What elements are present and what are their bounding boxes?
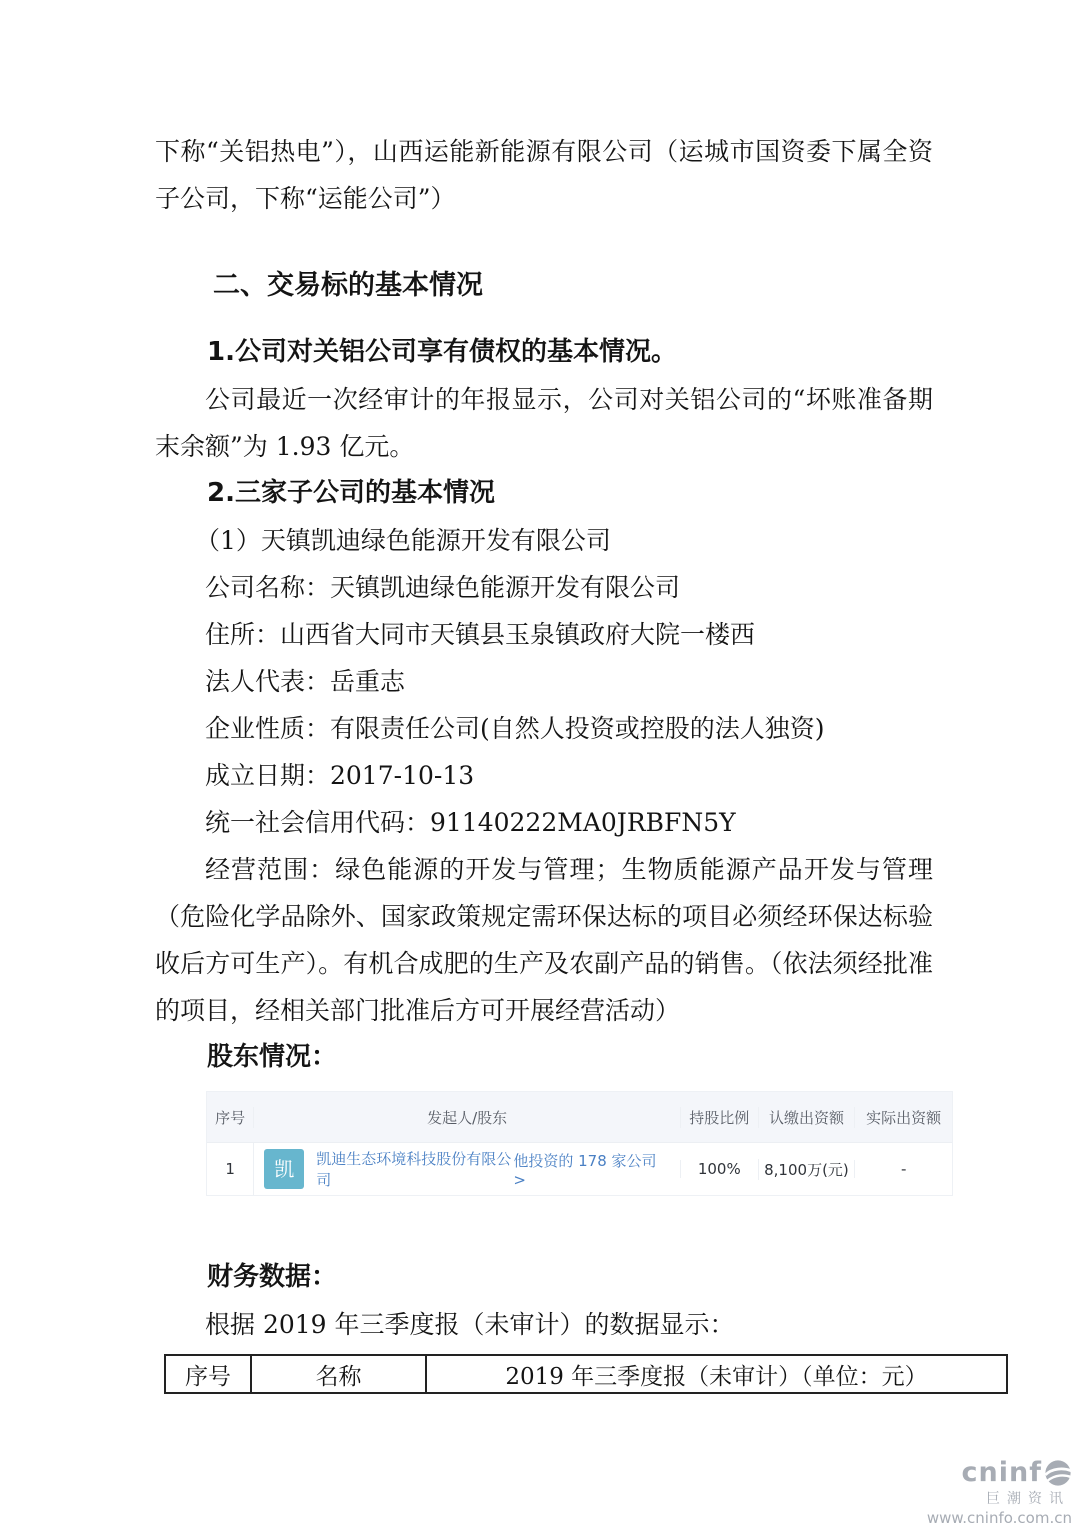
shareholder-table-row: 1 凯 凯迪生态环境科技股份有限公司 他投资的 178 家公司 > 100% 8…: [207, 1142, 952, 1195]
shareholders-heading: 股东情况：: [155, 1034, 933, 1081]
subsection-1-heading: 1.公司对关铝公司享有债权的基本情况。: [155, 329, 933, 376]
shareholder-table-header: 序号 发起人/股东 持股比例 认缴出资额 实际出资额: [207, 1092, 952, 1142]
header-founder: 发起人/股东: [253, 1107, 680, 1128]
kaidi-logo-icon: 凯: [264, 1149, 304, 1189]
detail-legal-representative: 法人代表：岳重志: [155, 658, 933, 705]
finance-table-header-row: 序号 名称 2019 年三季度报（未审计）（单位：元）: [165, 1355, 1007, 1393]
invested-companies-link[interactable]: 他投资的 178 家公司 >: [513, 1150, 670, 1189]
detail-company-name: 公司名称：天镇凯迪绿色能源开发有限公司: [155, 564, 933, 611]
finance-table: 序号 名称 2019 年三季度报（未审计）（单位：元）: [164, 1354, 1008, 1394]
section-heading: 二、交易标的基本情况: [155, 262, 933, 309]
subsection-1-paragraph: 公司最近一次经审计的年报显示，公司对关铝公司的“坏账准备期末余额”为 1.93 …: [155, 376, 933, 470]
cell-ratio: 100%: [680, 1160, 757, 1178]
finance-header-report: 2019 年三季度报（未审计）（单位：元）: [426, 1355, 1007, 1393]
cell-index: 1: [207, 1160, 253, 1178]
header-index: 序号: [207, 1107, 253, 1128]
subsection-2-heading: 2.三家子公司的基本情况: [155, 470, 933, 517]
cninfo-chinese-name: 巨潮资讯: [927, 1488, 1070, 1508]
cninfo-watermark: cninf 巨潮资讯 www.cninfo.com.cn: [927, 1459, 1072, 1527]
detail-enterprise-type: 企业性质：有限责任公司(自然人投资或控股的法人独资): [155, 705, 933, 752]
finance-header-name: 名称: [251, 1355, 426, 1393]
finance-intro: 根据 2019 年三季度报（未审计）的数据显示：: [155, 1301, 933, 1348]
cninfo-brand-row: cninf: [927, 1459, 1072, 1487]
document-content: 下称“关铝热电”），山西运能新能源有限公司（运城市国资委下属全资子公司，下称“运…: [155, 128, 933, 1394]
detail-address: 住所：山西省大同市天镇县玉泉镇政府大院一楼西: [155, 611, 933, 658]
cninfo-swirl-icon: [1044, 1459, 1072, 1487]
document-page: 下称“关铝热电”），山西运能新能源有限公司（运城市国资委下属全资子公司，下称“运…: [0, 0, 1080, 1527]
shareholder-table: 序号 发起人/股东 持股比例 认缴出资额 实际出资额 1 凯 凯迪生态环境科技股…: [206, 1091, 953, 1196]
detail-credit-code: 统一社会信用代码：91140222MA0JRBFN5Y: [155, 799, 933, 846]
company-link[interactable]: 凯迪生态环境科技股份有限公司: [316, 1148, 513, 1190]
cell-subscribed: 8,100万(元): [758, 1159, 855, 1180]
finance-heading: 财务数据：: [155, 1254, 933, 1301]
finance-header-index: 序号: [165, 1355, 251, 1393]
cell-paid: -: [854, 1160, 952, 1178]
business-scope-paragraph: 经营范围：绿色能源的开发与管理；生物质能源产品开发与管理（危险化学品除外、国家政…: [155, 846, 933, 1034]
cninfo-brand-text: cninf: [962, 1459, 1042, 1487]
header-paid: 实际出资额: [854, 1107, 952, 1128]
intro-paragraph: 下称“关铝热电”），山西运能新能源有限公司（运城市国资委下属全资子公司，下称“运…: [155, 128, 933, 222]
cell-founder: 凯 凯迪生态环境科技股份有限公司 他投资的 178 家公司 >: [253, 1143, 680, 1195]
header-ratio: 持股比例: [680, 1107, 757, 1128]
item-1-heading: （1）天镇凯迪绿色能源开发有限公司: [155, 517, 933, 564]
cninfo-url: www.cninfo.com.cn: [927, 1509, 1072, 1527]
header-subscribed: 认缴出资额: [758, 1107, 855, 1128]
detail-establish-date: 成立日期：2017-10-13: [155, 752, 933, 799]
